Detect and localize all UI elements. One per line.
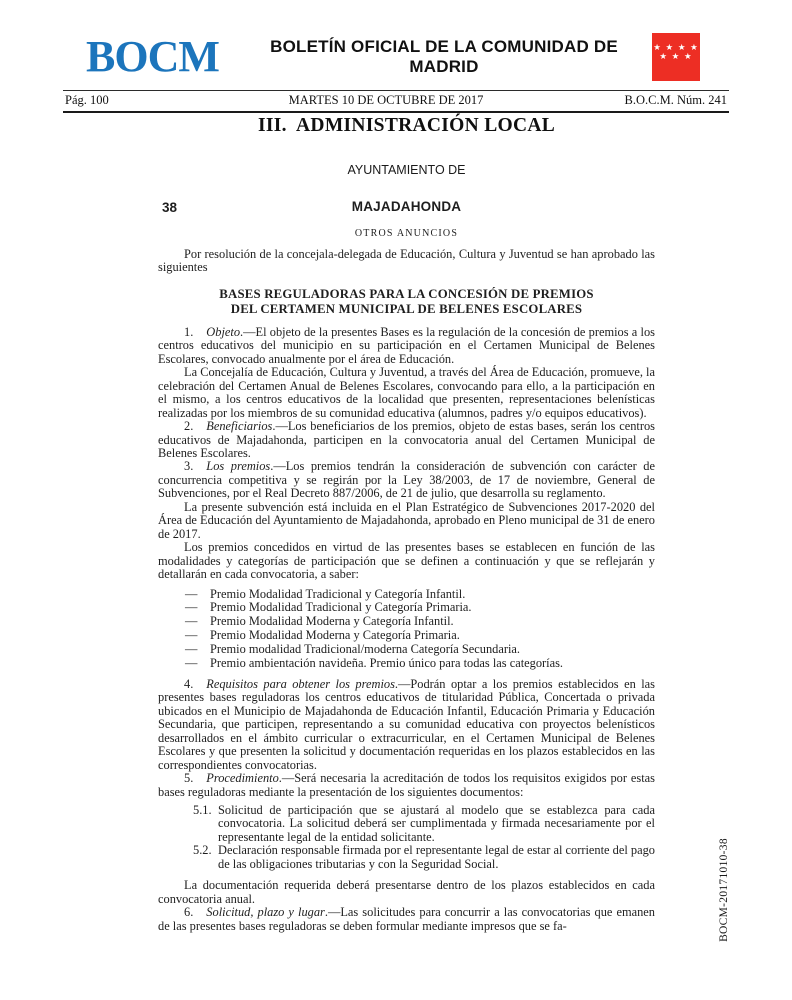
masthead-row: BOCM BOLETÍN OFICIAL DE LA COMUNIDAD DE … [63, 0, 729, 90]
municipality-row: 38 MAJADAHONDA [158, 199, 655, 214]
requisitos-docs-list: 5.1.Solicitud de participación que se aj… [158, 804, 655, 871]
issue-number: B.O.C.M. Núm. 241 [587, 93, 727, 108]
list-dash: — [185, 629, 197, 643]
list-item: —Premio Modalidad Moderna y Categoría In… [158, 615, 655, 629]
document-title-line-2: DEL CERTAMEN MUNICIPAL DE BELENES ESCOLA… [158, 302, 655, 317]
section-paragraph-3: 3.Los premios.—Los premios tendrán la co… [158, 460, 655, 500]
list-item-text: Premio ambientación navideña. Premio úni… [210, 656, 563, 670]
doc-item: 5.1.Solicitud de participación que se aj… [158, 804, 655, 844]
org-heading: AYUNTAMIENTO DE [158, 163, 655, 177]
sidebar-code: BOCM-20171010-38 [718, 825, 730, 955]
section-number: 5. [184, 771, 193, 785]
paragraph-documentacion: La documentación requerida deberá presen… [158, 879, 655, 906]
section-title: Beneficiarios [206, 419, 272, 433]
section-number: 2. [184, 419, 193, 433]
page-number: Pág. 100 [65, 93, 185, 108]
list-item-text: Premio Modalidad Moderna y Categoría Inf… [210, 614, 454, 628]
masthead: BOCM BOLETÍN OFICIAL DE LA COMUNIDAD DE … [63, 0, 729, 113]
list-item: —Premio Modalidad Tradicional y Categorí… [158, 601, 655, 615]
section-heading: III. ADMINISTRACIÓN LOCAL [158, 115, 655, 137]
list-item: —Premio ambientación navideña. Premio ún… [158, 657, 655, 671]
section-title: Objeto [206, 325, 240, 339]
bocm-logo: BOCM [63, 35, 236, 79]
list-dash: — [185, 588, 197, 602]
gazette-page: BOCM BOLETÍN OFICIAL DE LA COMUNIDAD DE … [0, 0, 792, 1000]
body-text: Por resolución de la concejala-delegada … [158, 248, 655, 933]
list-item-text: Premio Modalidad Moderna y Categoría Pri… [210, 628, 460, 642]
announcement-number: 38 [162, 200, 177, 215]
paragraph-modalidades: Los premios concedidos en virtud de las … [158, 541, 655, 581]
doc-item-text: Solicitud de participación que se ajusta… [218, 803, 655, 844]
section-number: 4. [184, 677, 193, 691]
list-item-text: Premio Modalidad Tradicional y Categoría… [210, 587, 465, 601]
section-title: Procedimiento [206, 771, 279, 785]
section-title: Requisitos para obtener los premios [206, 677, 395, 691]
masthead-title: BOLETÍN OFICIAL DE LA COMUNIDAD DE MADRI… [236, 37, 652, 77]
intro-paragraph: Por resolución de la concejala-delegada … [158, 248, 655, 275]
paragraph-concejalia: La Concejalía de Educación, Cultura y Ju… [158, 366, 655, 420]
madrid-flag-icon: ★ ★ ★ ★ ★ ★ ★ [652, 33, 700, 81]
list-item: —Premio Modalidad Tradicional y Categorí… [158, 588, 655, 602]
municipality-heading: MAJADAHONDA [158, 199, 655, 214]
section-number: 6. [184, 905, 193, 919]
list-item-text: Premio Modalidad Tradicional y Categoría… [210, 600, 472, 614]
document-title-line-1: BASES REGULADORAS PARA LA CONCESIÓN DE P… [158, 287, 655, 302]
list-dash: — [185, 601, 197, 615]
list-item: —Premio Modalidad Moderna y Categoría Pr… [158, 629, 655, 643]
doc-item-number: 5.1. [193, 804, 212, 817]
category-heading: OTROS ANUNCIOS [158, 228, 655, 239]
paragraph-plan: La presente subvención está incluida en … [158, 501, 655, 541]
document-title: BASES REGULADORAS PARA LA CONCESIÓN DE P… [158, 287, 655, 317]
list-dash: — [185, 643, 197, 657]
section-number: 3. [184, 459, 193, 473]
list-dash: — [185, 615, 197, 629]
doc-item-text: Declaración responsable firmada por el r… [218, 843, 655, 870]
section-paragraph-6: 6.Solicitud, plazo y lugar.—Las solicitu… [158, 906, 655, 933]
premios-list: —Premio Modalidad Tradicional y Categorí… [158, 588, 655, 671]
section-paragraph-2: 2.Beneficiarios.—Los beneficiarios de lo… [158, 420, 655, 460]
section-text: .—Podrán optar a los premios establecido… [158, 677, 655, 772]
list-item-text: Premio modalidad Tradicional/moderna Cat… [210, 642, 520, 656]
doc-item: 5.2.Declaración responsable firmada por … [158, 844, 655, 871]
document-content: III. ADMINISTRACIÓN LOCAL AYUNTAMIENTO D… [158, 115, 655, 933]
list-item: —Premio modalidad Tradicional/moderna Ca… [158, 643, 655, 657]
list-dash: — [185, 657, 197, 671]
section-title: Solicitud, plazo y lugar [206, 905, 325, 919]
doc-item-number: 5.2. [193, 844, 212, 857]
flag-stars-row-2: ★ ★ ★ [652, 53, 700, 62]
issue-date: MARTES 10 DE OCTUBRE DE 2017 [185, 93, 587, 108]
section-paragraph-1: 1.Objeto.—El objeto de la presentes Base… [158, 326, 655, 366]
section-title: Los premios [206, 459, 270, 473]
section-paragraph-5: 5.Procedimiento.—Será necesaria la acred… [158, 772, 655, 799]
header-rule-thick [63, 111, 729, 113]
section-number: 1. [184, 325, 193, 339]
header-meta-row: Pág. 100 MARTES 10 DE OCTUBRE DE 2017 B.… [63, 91, 729, 111]
section-paragraph-4: 4.Requisitos para obtener los premios.—P… [158, 678, 655, 772]
